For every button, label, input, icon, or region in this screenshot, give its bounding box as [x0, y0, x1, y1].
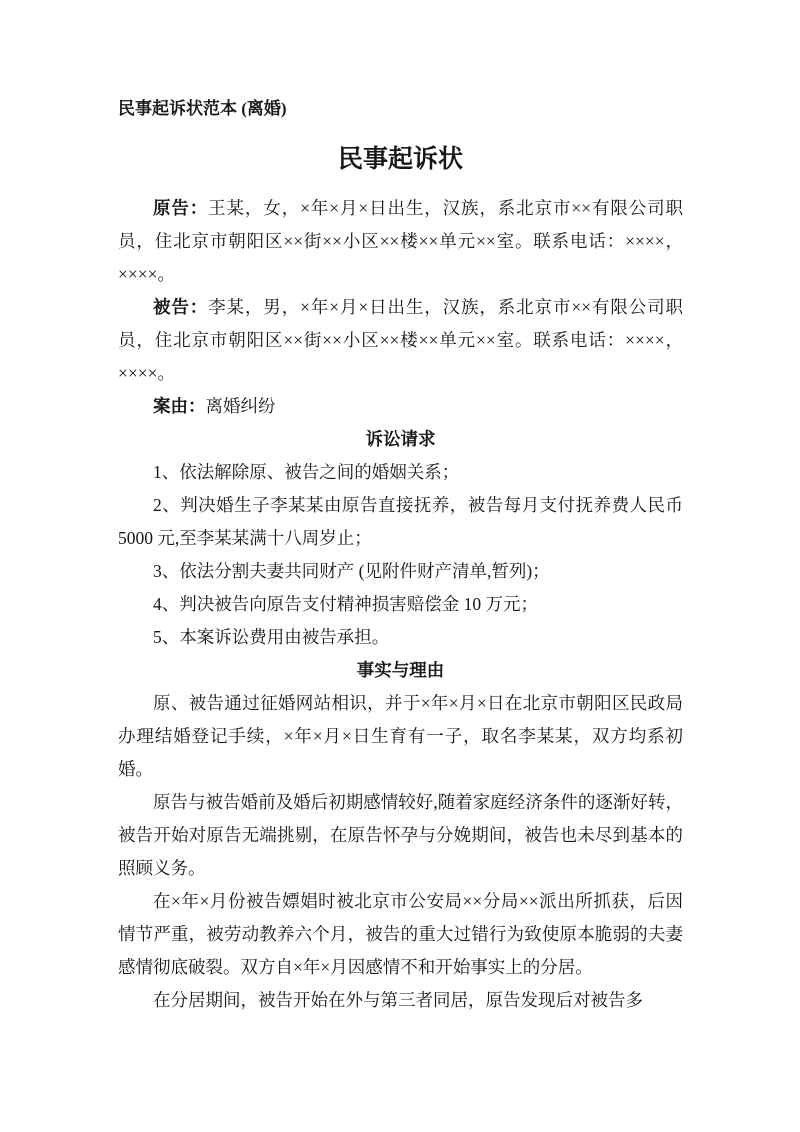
defendant-label: 被告： [153, 297, 208, 317]
cause-value: 离婚纠纷 [206, 396, 276, 416]
facts-paragraph-3: 在×年×月份被告嫖娼时被北京市公安局××分局××派出所抓获，后因情节严重，被劳动… [118, 885, 683, 984]
plaintiff-paragraph: 原告：王某，女，×年×月×日出生，汉族，系北京市××有限公司职员，住北京市朝阳区… [118, 192, 683, 291]
claim-item-5: 5、本案诉讼费用由被告承担。 [118, 621, 683, 654]
claim-item-2: 2、判决婚生子李某某由原告直接抚养，被告每月支付抚养费人民币 5000 元,至李… [118, 489, 683, 555]
facts-paragraph-1: 原、被告通过征婚网站相识，并于×年×月×日在北京市朝阳区民政局办理结婚登记手续，… [118, 687, 683, 786]
claim-item-1: 1、依法解除原、被告之间的婚姻关系； [118, 456, 683, 489]
facts-paragraph-2: 原告与被告婚前及婚后初期感情较好,随着家庭经济条件的逐渐好转，被告开始对原告无端… [118, 786, 683, 885]
claims-heading: 诉讼请求 [118, 423, 683, 456]
plaintiff-label: 原告： [153, 198, 208, 218]
defendant-paragraph: 被告：李某，男，×年×月×日出生，汉族，系北京市××有限公司职员，住北京市朝阳区… [118, 291, 683, 390]
claim-item-3: 3、依法分割夫妻共同财产 (见附件财产清单,暂列)； [118, 555, 683, 588]
document-page: 民事起诉状范本 (离婚) 民事起诉状 原告：王某，女，×年×月×日出生，汉族，系… [0, 0, 800, 1132]
document-subtitle: 民事起诉状范本 (离婚) [118, 97, 683, 121]
claim-item-4: 4、判决被告向原告支付精神损害赔偿金 10 万元； [118, 588, 683, 621]
cause-paragraph: 案由：离婚纠纷 [118, 390, 683, 423]
facts-heading: 事实与理由 [118, 654, 683, 687]
facts-paragraph-4: 在分居期间，被告开始在外与第三者同居，原告发现后对被告多 [118, 984, 683, 1017]
cause-label: 案由： [153, 396, 206, 416]
document-title: 民事起诉状 [118, 145, 683, 175]
